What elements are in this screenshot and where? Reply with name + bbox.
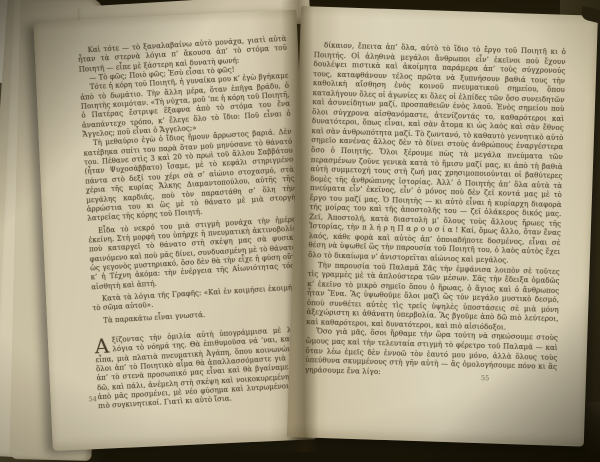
gutter-shadow	[281, 0, 319, 452]
paragraph: Εἶδα τὸ νεκρό του μιὰ στιγμὴ μονάχα τὴν …	[88, 215, 300, 292]
left-page: Καὶ τότε — τὸ ξαναλαβαίνω αὐτὸ μονάχα, γ…	[33, 10, 315, 451]
dropcap-letter: Α	[94, 336, 113, 355]
book-photo: Καὶ τότε — τὸ ξαναλαβαίνω αὐτὸ μονάχα, γ…	[0, 0, 600, 462]
paragraph: Τὴ μεθαύριο ἐγὼ ὁ ἴδιος ἤμουν ἄρρωστος β…	[83, 128, 296, 224]
left-page-number: 54	[88, 395, 97, 403]
paragraph: Αξίζοντας τὴν ὁμιλία αὐτὴ ὑπογράμμισα μὲ…	[94, 325, 307, 412]
paragraph: Ὅσο γιὰ μᾶς, ὅσοι ἤρθαμε τὴν ὥρα τούτη ν…	[305, 326, 558, 381]
right-page: δίκαιον, ἔπειτα ἀπ’ ὅλα, αὐτὸ τὸ ἴδιο τὸ…	[287, 6, 598, 447]
paragraph: Τὴν παρουσία τοῦ Παλαμᾶ Σᾶς τὴν ἐμφάνισα…	[306, 260, 560, 334]
right-page-number: 55	[481, 374, 490, 382]
left-page-text: Καὶ τότε — τὸ ξαναλαβαίνω αὐτὸ μονάχα, γ…	[77, 35, 307, 412]
paragraph: δίκαιον, ἔπειτα ἀπ’ ὅλα, αὐτὸ τὸ ἴδιο τὸ…	[308, 40, 566, 267]
right-page-text: δίκαιον, ἔπειτα ἀπ’ ὅλα, αὐτὸ τὸ ἴδιο τὸ…	[305, 40, 566, 381]
